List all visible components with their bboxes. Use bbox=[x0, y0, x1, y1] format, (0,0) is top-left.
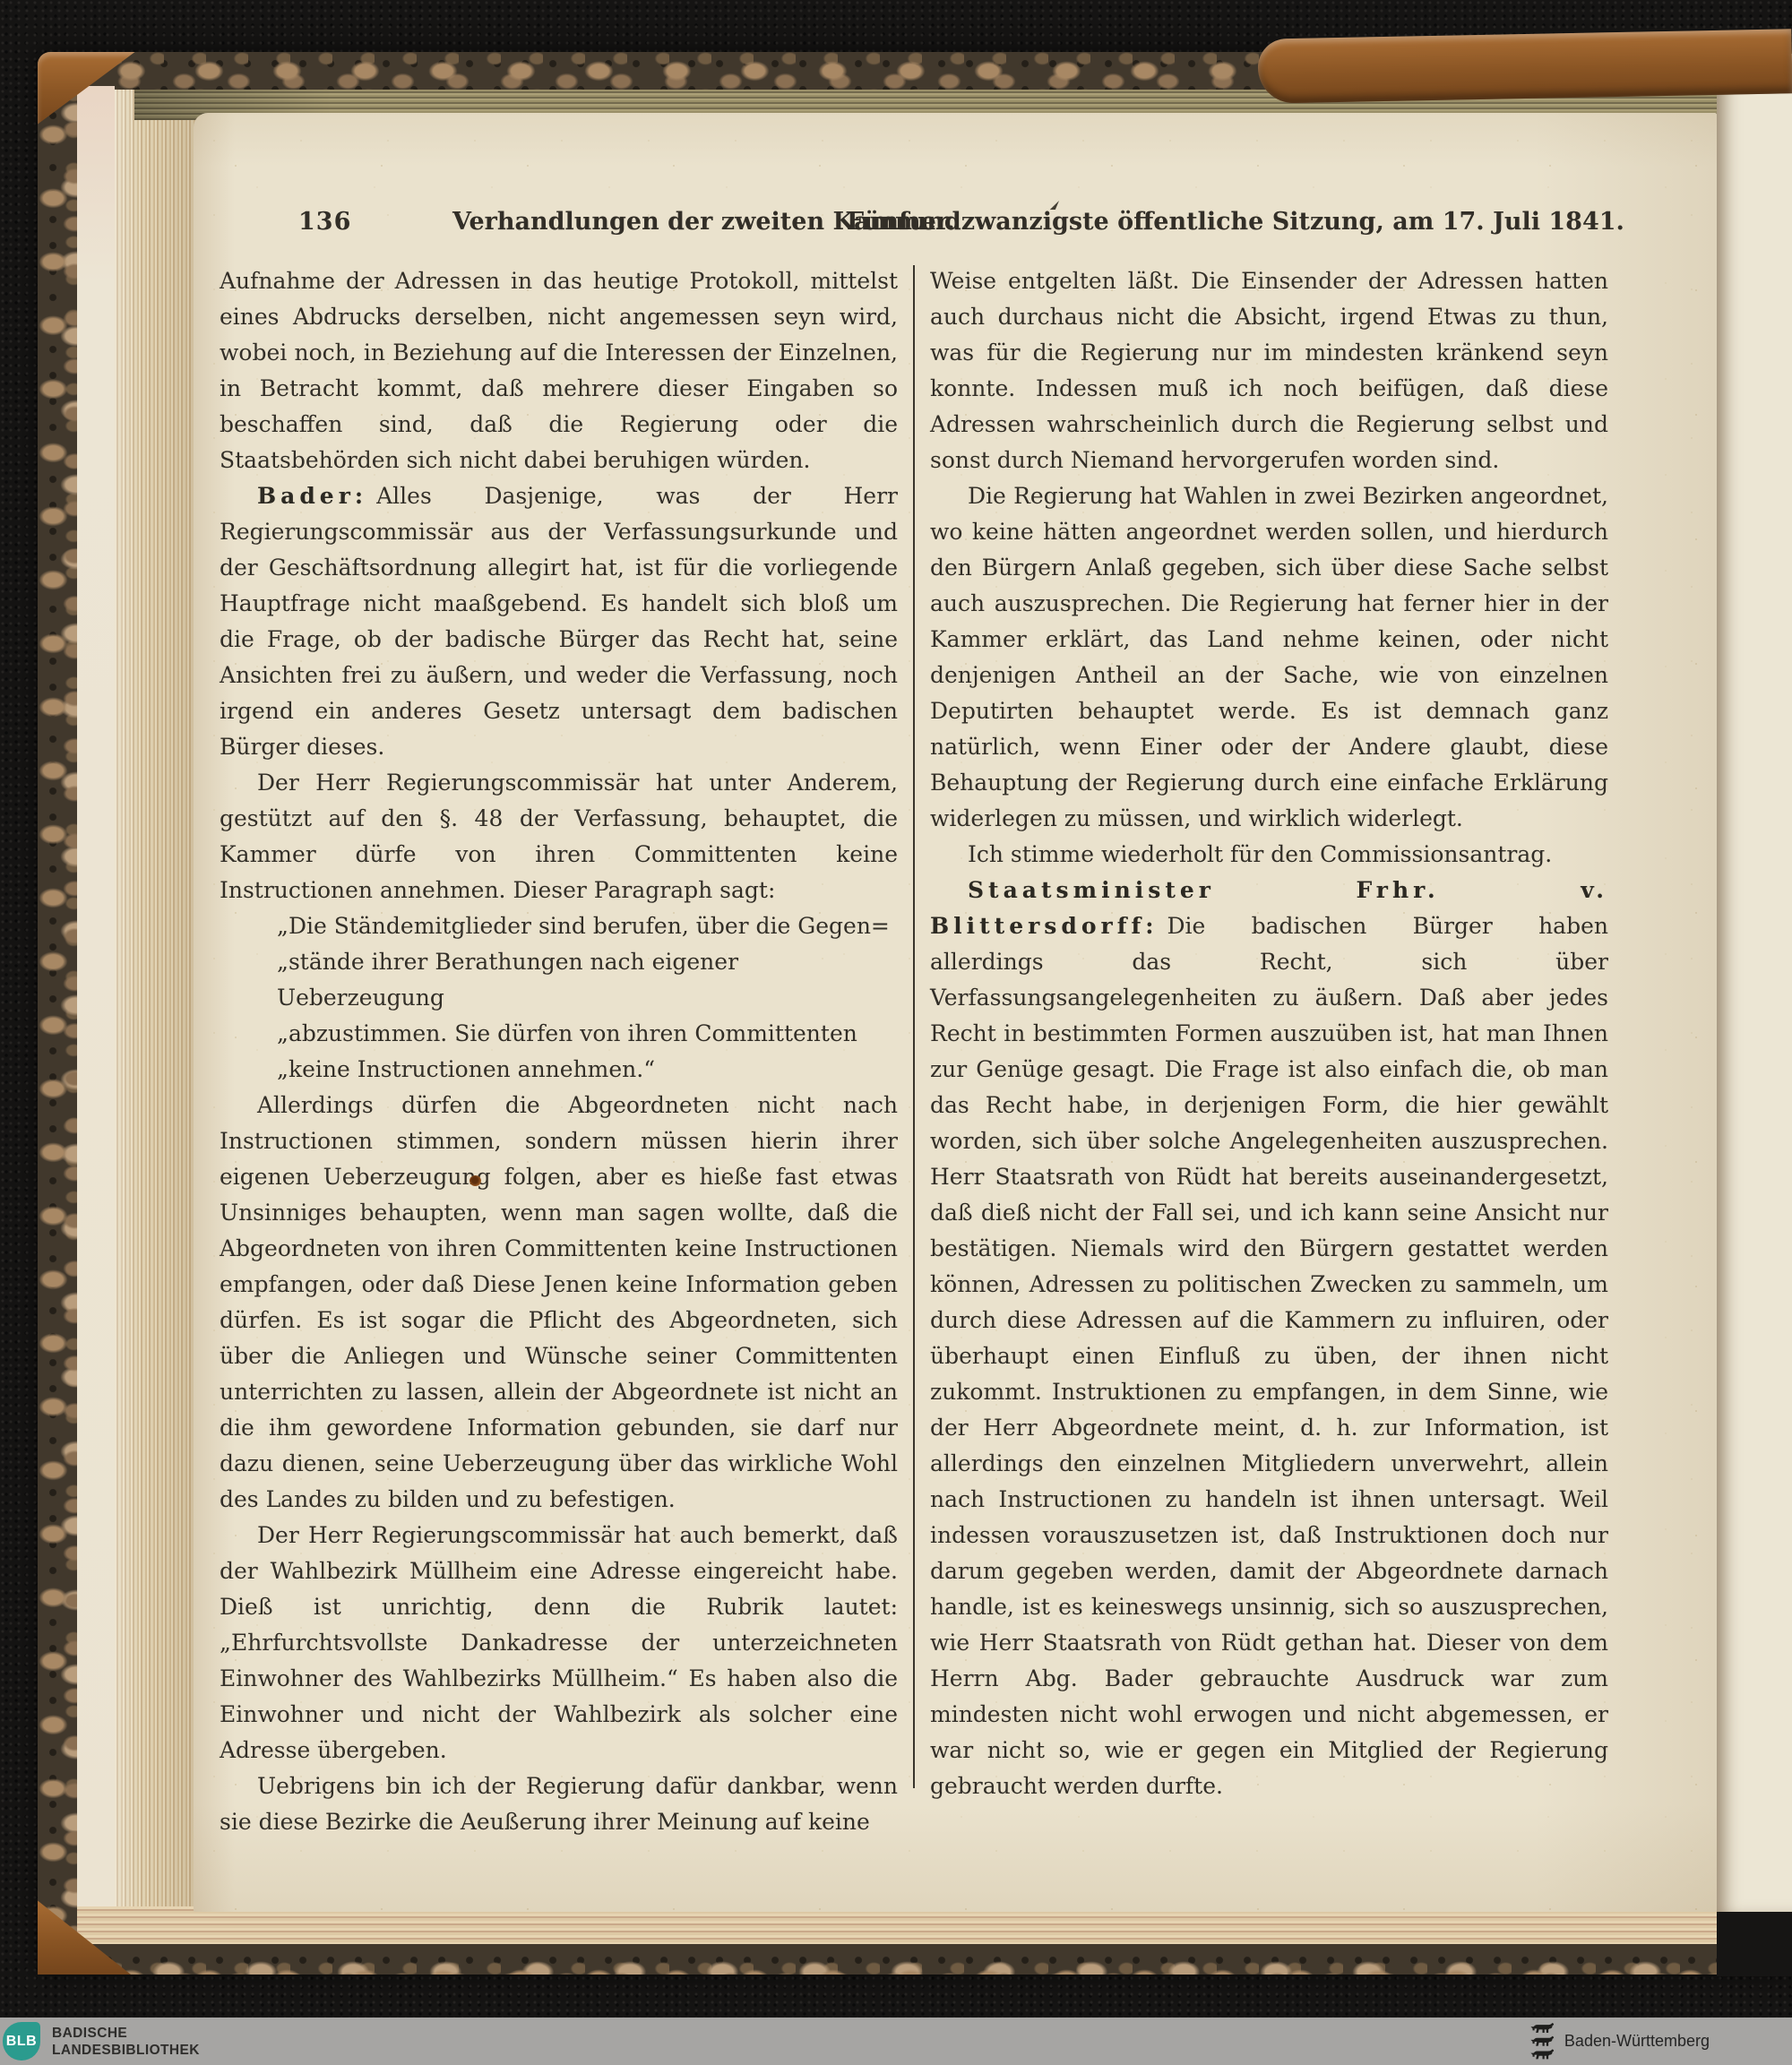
library-name: BADISCHE LANDESBIBLIOTHEK bbox=[52, 2025, 200, 2059]
scan-background: 136 Verhandlungen der zweiten Kammer. Fü… bbox=[0, 0, 1792, 2065]
endpaper-edge bbox=[77, 86, 115, 1942]
foxing-stain bbox=[470, 1175, 481, 1186]
state-name: Baden-Württemberg bbox=[1564, 2032, 1710, 2051]
facing-page-gutter bbox=[1717, 54, 1792, 1912]
library-name-line1: BADISCHE bbox=[52, 2025, 200, 2042]
paragraph: Der Herr Regierungscommissär hat unter A… bbox=[220, 765, 898, 908]
baden-wuerttemberg-coat-of-arms-icon bbox=[1529, 2022, 1555, 2061]
paragraph-text: Alles Dasjenige, was der Herr Regierungs… bbox=[220, 483, 898, 760]
paragraph-text: Aufnahme der Adressen in das heutige Pro… bbox=[220, 268, 898, 473]
state-branding: Baden-Württemberg bbox=[1529, 2022, 1710, 2061]
library-footer-bar: BLB BADISCHE LANDESBIBLIOTHEK Baden-Würt… bbox=[0, 2018, 1792, 2065]
paragraph: Allerdings dürfen die Abgeordneten nicht… bbox=[220, 1088, 898, 1518]
paragraph: Die Regierung hat Wahlen in zwei Bezirke… bbox=[930, 478, 1608, 837]
leather-spine-headcap bbox=[1257, 29, 1792, 103]
blb-logo-text: BLB bbox=[6, 2034, 37, 2050]
page-bottom-edges bbox=[77, 1906, 1717, 1944]
left-column: Aufnahme der Adressen in das heutige Pro… bbox=[220, 263, 898, 1840]
paragraph-text: Weise entgelten läßt. Die Einsender der … bbox=[930, 268, 1608, 473]
blb-logo-badge: BLB bbox=[3, 2022, 40, 2061]
speaker-name: Bader: bbox=[257, 483, 367, 509]
header-session: Fünfundzwanzigste öffentliche Sitzung, a… bbox=[847, 208, 1624, 236]
paragraph-text: Die Regierung hat Wahlen in zwei Bezirke… bbox=[930, 483, 1608, 831]
library-name-line2: LANDESBIBLIOTHEK bbox=[52, 2042, 200, 2059]
paragraph: Bader:Alles Dasjenige, was der Herr Regi… bbox=[220, 478, 898, 765]
page-content: 136 Verhandlungen der zweiten Kammer. Fü… bbox=[220, 208, 1610, 1840]
paragraph: Der Herr Regierungscommissär hat auch be… bbox=[220, 1518, 898, 1768]
paragraph-text: Die badischen Bürger haben allerdings da… bbox=[930, 913, 1608, 1799]
paragraph-text: Ich stimme wiederholt für den Commission… bbox=[968, 841, 1552, 867]
book-page: 136 Verhandlungen der zweiten Kammer. Fü… bbox=[194, 113, 1717, 1912]
page-header: 136 Verhandlungen der zweiten Kammer. Fü… bbox=[220, 208, 1610, 249]
paragraph: Weise entgelten läßt. Die Einsender der … bbox=[930, 263, 1608, 478]
paragraph: „Die Ständemitglieder sind berufen, über… bbox=[220, 908, 898, 1088]
paragraph: Ich stimme wiederholt für den Commission… bbox=[930, 837, 1608, 873]
paragraph-text: Allerdings dürfen die Abgeordneten nicht… bbox=[220, 1092, 898, 1512]
shadow-corner bbox=[1717, 1912, 1792, 1976]
paragraph: Staatsminister Frhr. v. Blittersdorff:Di… bbox=[930, 873, 1608, 1804]
paragraph-text: Der Herr Regierungscommissär hat unter A… bbox=[220, 770, 898, 903]
text-columns: Aufnahme der Adressen in das heutige Pro… bbox=[220, 263, 1610, 1840]
paragraph-text: „Die Ständemitglieder sind berufen, über… bbox=[277, 908, 898, 1088]
paragraph: Uebrigens bin ich der Regierung dafür da… bbox=[220, 1768, 898, 1840]
paragraph-text: Uebrigens bin ich der Regierung dafür da… bbox=[220, 1773, 898, 1835]
paragraph-text: Der Herr Regierungscommissär hat auch be… bbox=[220, 1522, 898, 1763]
column-divider bbox=[913, 265, 915, 1788]
page-number: 136 bbox=[298, 208, 351, 236]
right-column: Weise entgelten läßt. Die Einsender der … bbox=[930, 263, 1608, 1840]
paragraph: Aufnahme der Adressen in das heutige Pro… bbox=[220, 263, 898, 478]
